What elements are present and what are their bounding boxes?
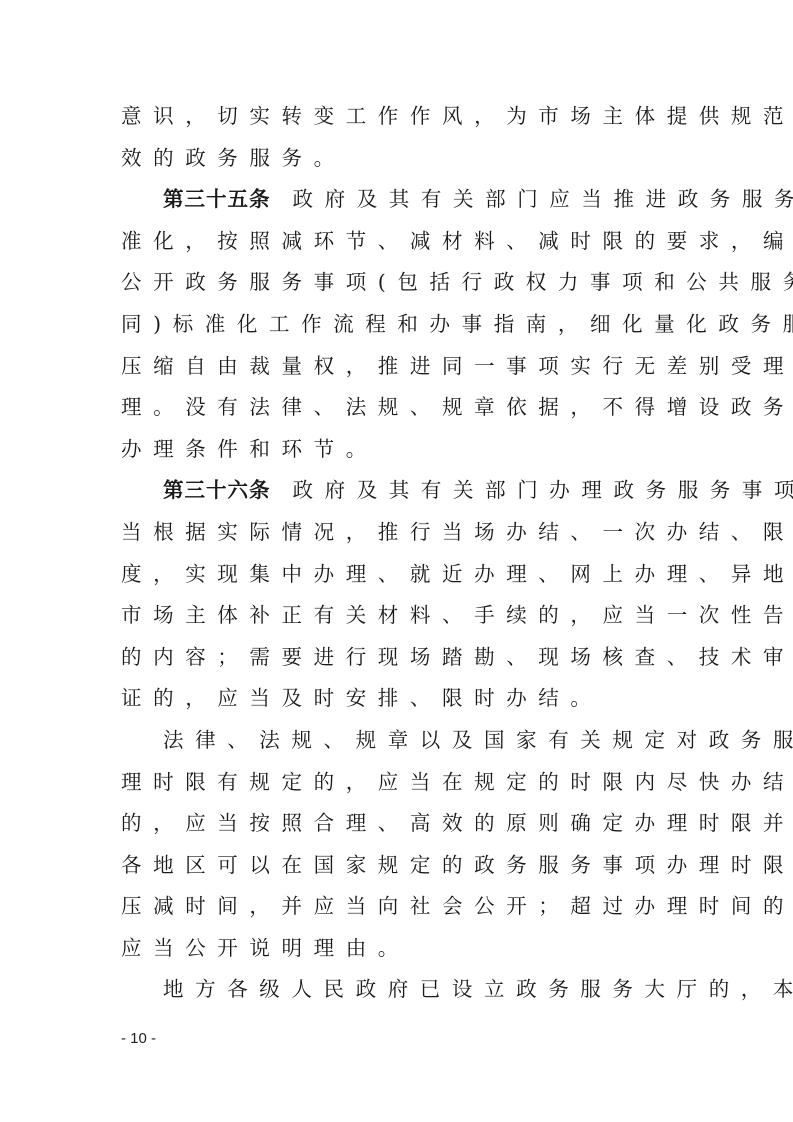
text-line: 市场主体补正有关材料、手续的，应当一次性告知需要补正 xyxy=(121,595,681,637)
text-line: 压缩自由裁量权，推进同一事项实行无差别受理、同标准办 xyxy=(121,346,681,388)
text-line: 准化，按照减环节、减材料、减时限的要求，编制并向社会 xyxy=(121,221,681,263)
article-text: 政府及其有关部门应当推进政务服务标 xyxy=(293,187,793,211)
article-text: 政府及其有关部门办理政务服务事项，应 xyxy=(293,478,793,502)
text-line: 的，应当按照合理、高效的原则确定办理时限并按时办结。 xyxy=(121,803,681,845)
text-line: 同)标准化工作流程和办事指南，细化量化政务服务标准， xyxy=(121,304,681,346)
body-text: 意识，切实转变工作作风，为市场主体提供规范、便利、高 效的政务服务。 第三十五条… xyxy=(121,96,681,1011)
text-line: 效的政务服务。 xyxy=(121,138,681,180)
text-line: 当根据实际情况，推行当场办结、一次办结、限时办结等制 xyxy=(121,512,681,554)
text-line: 证的，应当及时安排、限时办结。 xyxy=(121,678,681,720)
article-number: 第三十五条 xyxy=(163,187,271,211)
text-line: 理时限有规定的，应当在规定的时限内尽快办结；没有规定 xyxy=(121,762,681,804)
article-35-heading-line: 第三十五条政府及其有关部门应当推进政务服务标 xyxy=(121,179,681,221)
text-line: 办理条件和环节。 xyxy=(121,429,681,471)
paragraph-start-line: 法律、法规、规章以及国家有关规定对政务服务事项办 xyxy=(121,720,681,762)
article-number: 第三十六条 xyxy=(163,478,271,502)
text-line: 应当公开说明理由。 xyxy=(121,928,681,970)
document-page: 意识，切实转变工作作风，为市场主体提供规范、便利、高 效的政务服务。 第三十五条… xyxy=(0,0,793,1122)
text-line: 理。没有法律、法规、规章依据，不得增设政务服务事项的 xyxy=(121,387,681,429)
text-line: 公开政务服务事项(包括行政权力事项和公共服务事项，下 xyxy=(121,262,681,304)
text-line: 压减时间，并应当向社会公开；超过办理时间的，办理单位 xyxy=(121,886,681,928)
text-line: 意识，切实转变工作作风，为市场主体提供规范、便利、高 xyxy=(121,96,681,138)
paragraph-start-line: 地方各级人民政府已设立政务服务大厅的，本行政区域 xyxy=(121,969,681,1011)
page-number: - 10 - xyxy=(121,1030,156,1047)
text-line: 度，实现集中办理、就近办理、网上办理、异地可办。需要 xyxy=(121,554,681,596)
text-line: 各地区可以在国家规定的政务服务事项办理时限内进一步 xyxy=(121,845,681,887)
text-line: 的内容；需要进行现场踏勘、现场核查、技术审查、听证论 xyxy=(121,637,681,679)
article-36-heading-line: 第三十六条政府及其有关部门办理政务服务事项，应 xyxy=(121,470,681,512)
